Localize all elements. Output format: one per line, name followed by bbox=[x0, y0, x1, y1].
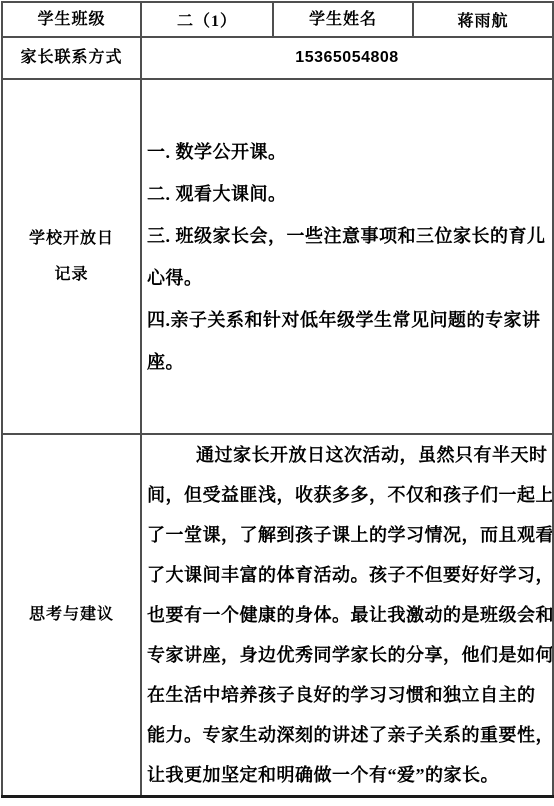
open-day-label: 学校开放日 记录 bbox=[2, 79, 141, 434]
student-class-label: 学生班级 bbox=[2, 2, 141, 37]
thoughts-row: 思考与建议 通过家长开放日这次活动，虽然只有半天时 间，但受益匪浅，收获多多，不… bbox=[2, 434, 553, 797]
thoughts-line: 通过家长开放日这次活动，虽然只有半天时 bbox=[147, 435, 549, 475]
open-day-label-line2: 记录 bbox=[3, 257, 140, 293]
thoughts-line: 在生活中培养孩子良好的学习习惯和独立自主的 bbox=[147, 675, 549, 715]
open-day-record-line: 四.亲子关系和针对低年级学生常见问题的专家讲 bbox=[147, 299, 549, 341]
thoughts-line: 也要有一个健康的身体。最让我激动的是班级会和 bbox=[147, 595, 549, 635]
open-day-record-line: 三. 班级家长会，一些注意事项和三位家长的育儿 bbox=[147, 215, 549, 257]
thoughts-content: 通过家长开放日这次活动，虽然只有半天时 间，但受益匪浅，收获多多，不仅和孩子们一… bbox=[141, 434, 553, 797]
thoughts-line: 能力。专家生动深刻的讲述了亲子关系的重要性， bbox=[147, 715, 549, 755]
student-class-value: 二（1） bbox=[141, 2, 273, 37]
open-day-record-line: 二. 观看大课间。 bbox=[147, 173, 549, 215]
open-day-record-line: 座。 bbox=[147, 341, 549, 383]
thoughts-line: 专家讲座，身边优秀同学家长的分享，他们是如何 bbox=[147, 635, 549, 675]
header-row: 学生班级 二（1） 学生姓名 蒋雨航 bbox=[2, 2, 553, 37]
student-name-label: 学生姓名 bbox=[273, 2, 413, 37]
parent-contact-value: 15365054808 bbox=[141, 37, 553, 79]
contact-row: 家长联系方式 15365054808 bbox=[2, 37, 553, 79]
thoughts-line: 了一堂课，了解到孩子课上的学习情况，而且观看 bbox=[147, 515, 549, 555]
open-day-label-line1: 学校开放日 bbox=[3, 221, 140, 257]
open-day-record: 一. 数学公开课。 二. 观看大课间。 三. 班级家长会，一些注意事项和三位家长… bbox=[141, 79, 553, 434]
open-day-feedback-form: 学生班级 二（1） 学生姓名 蒋雨航 家长联系方式 15365054808 学校… bbox=[0, 1, 554, 806]
parent-contact-label: 家长联系方式 bbox=[2, 37, 141, 79]
open-day-record-line: 一. 数学公开课。 bbox=[147, 131, 549, 173]
thoughts-line: 了大课间丰富的体育活动。孩子不但要好好学习， bbox=[147, 555, 549, 595]
student-name-value: 蒋雨航 bbox=[413, 2, 553, 37]
form-table: 学生班级 二（1） 学生姓名 蒋雨航 家长联系方式 15365054808 学校… bbox=[1, 1, 554, 798]
open-day-record-line: 心得。 bbox=[147, 257, 549, 299]
thoughts-label: 思考与建议 bbox=[2, 434, 141, 797]
thoughts-line: 间，但受益匪浅，收获多多，不仅和孩子们一起上 bbox=[147, 475, 549, 515]
thoughts-line: 让我更加坚定和明确做一个有“爱”的家长。 bbox=[147, 755, 549, 795]
open-day-row: 学校开放日 记录 一. 数学公开课。 二. 观看大课间。 三. 班级家长会，一些… bbox=[2, 79, 553, 434]
